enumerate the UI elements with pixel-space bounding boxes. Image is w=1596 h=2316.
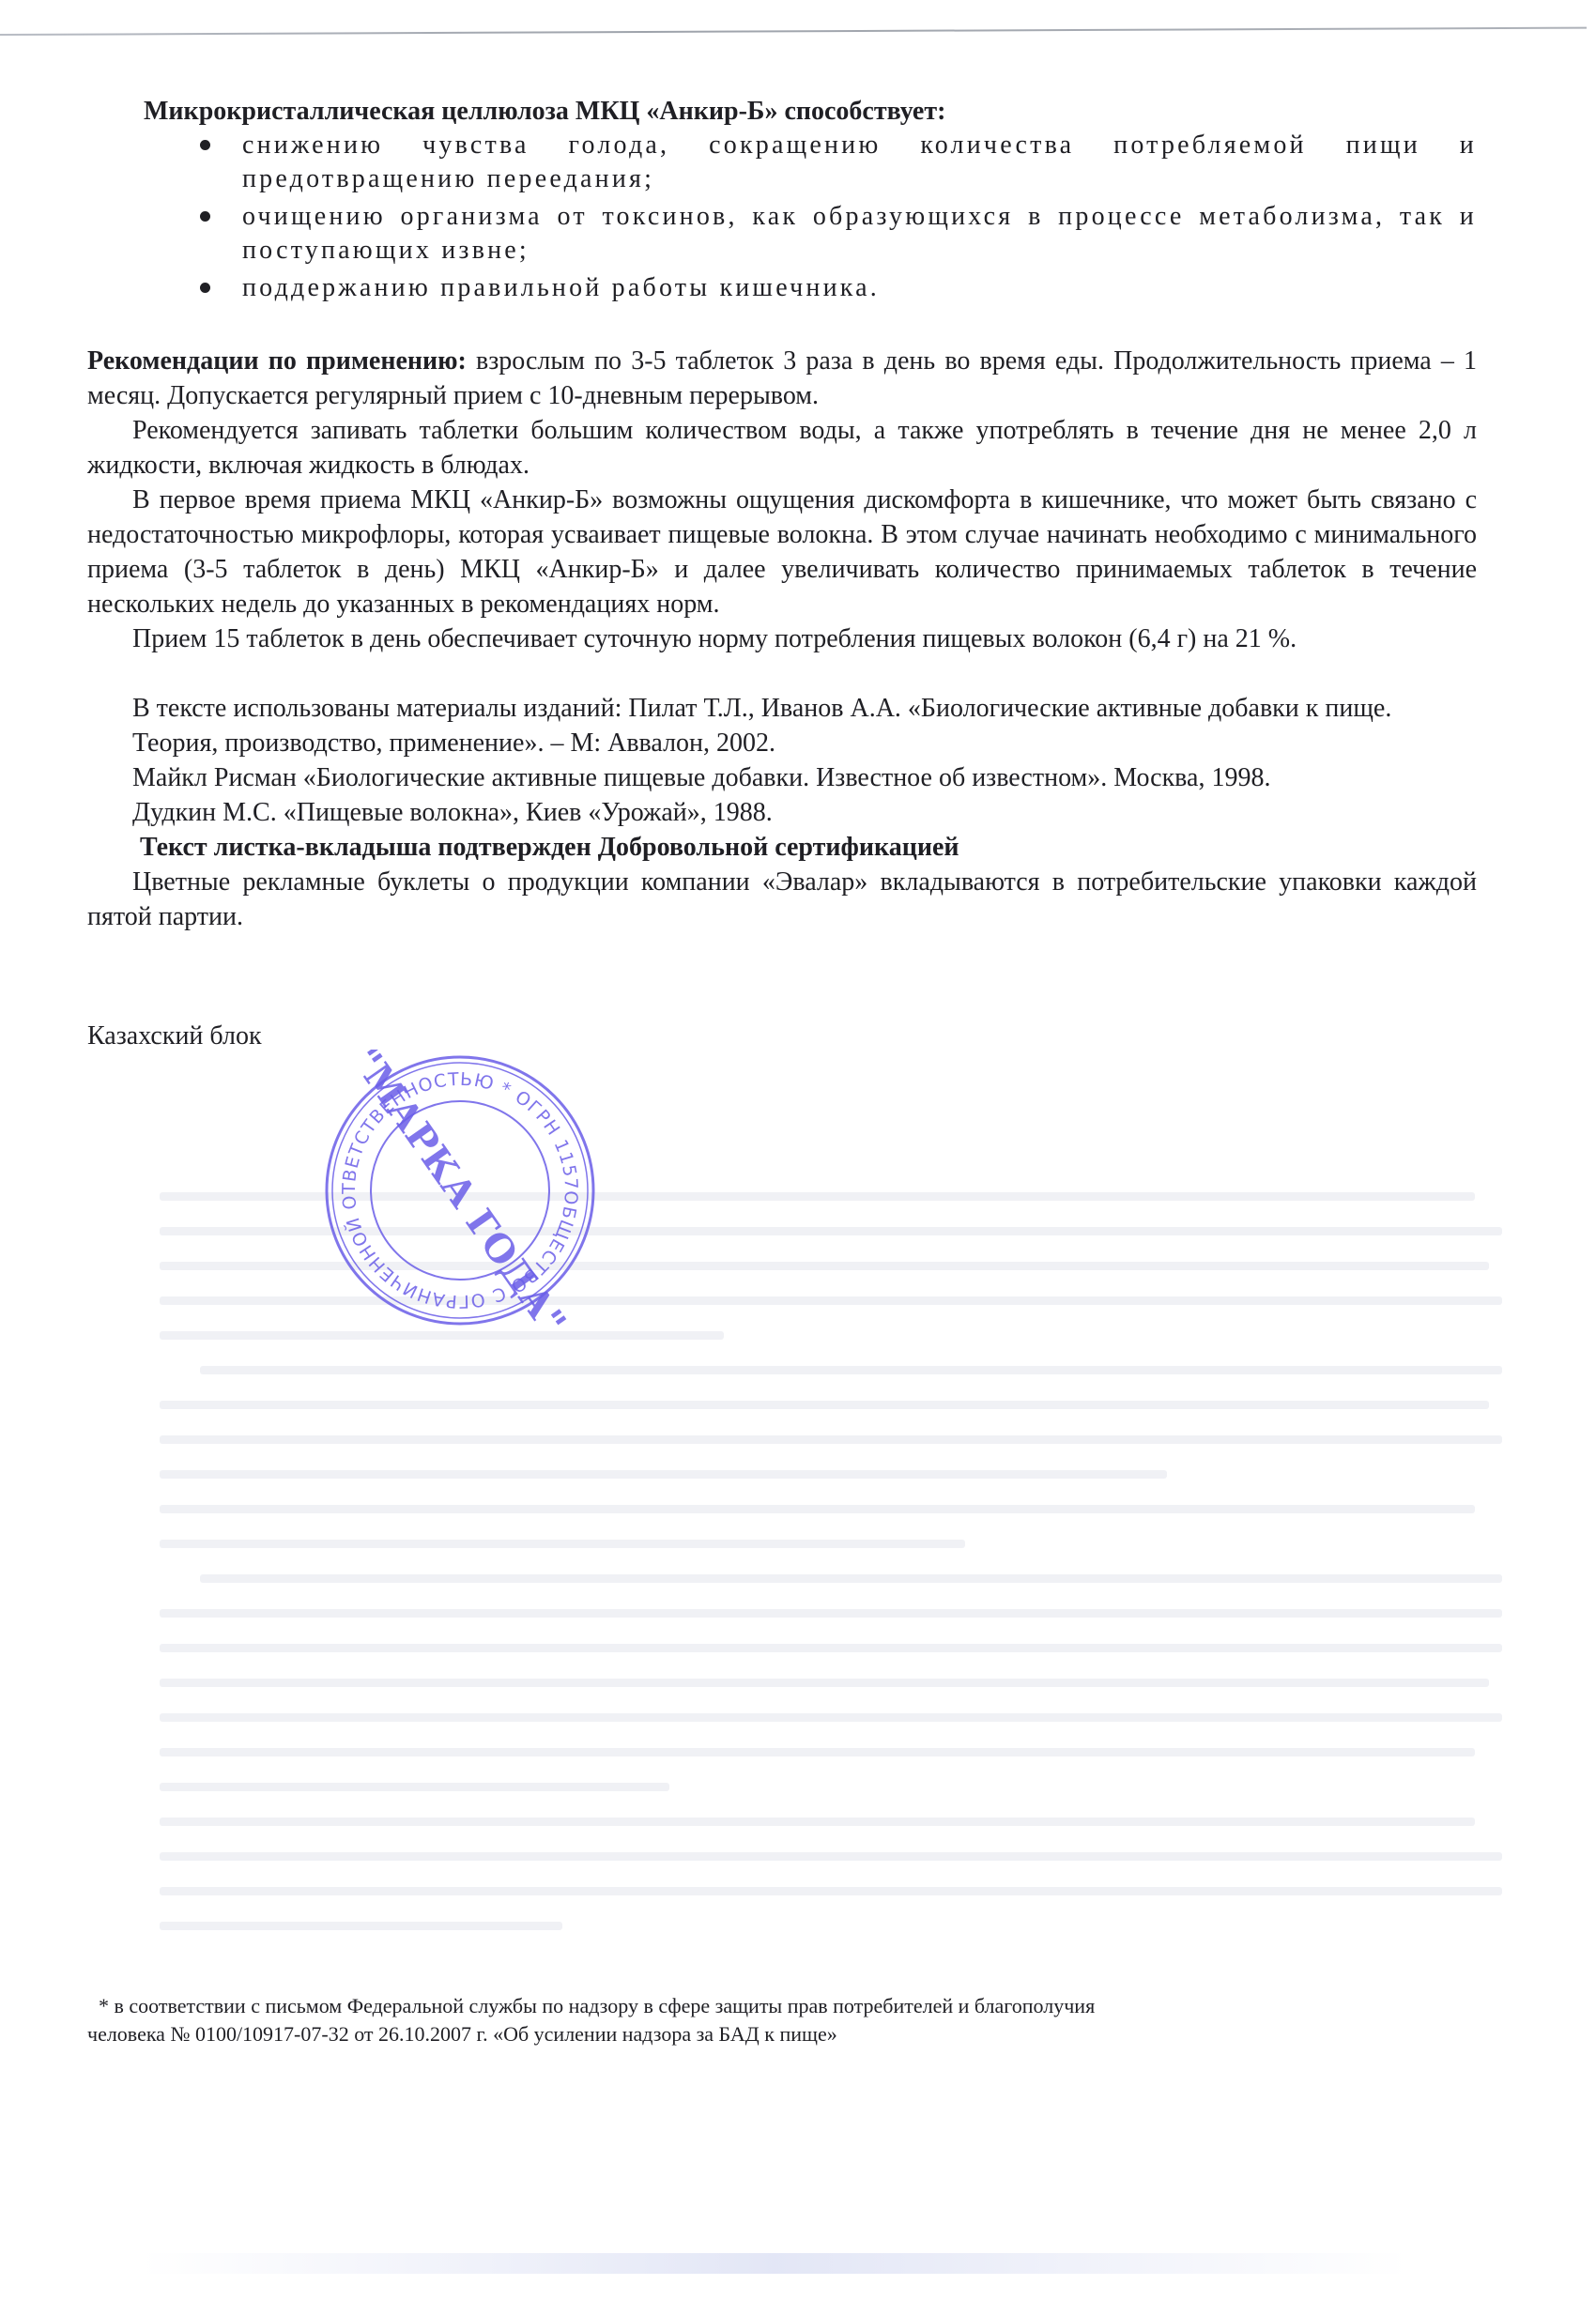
reference-item: В тексте использованы материалы изданий:…	[132, 691, 1477, 760]
paragraph-daily-norm: Прием 15 таблеток в день обеспечивает су…	[87, 621, 1477, 656]
bullet-icon	[200, 211, 210, 222]
paragraph-discomfort: В первое время приема МКЦ «Анкир-Б» возм…	[87, 483, 1477, 621]
footnote-line: человека № 0100/10917-07-32 от 26.10.200…	[87, 2020, 1505, 2048]
paragraph-water: Рекомендуется запивать таблетки большим …	[87, 413, 1477, 483]
booklets-note: Цветные рекламные буклеты о продукции ко…	[87, 865, 1477, 934]
kazakh-block-label: Казахский блок	[87, 1019, 1477, 1053]
scan-top-edge-line	[0, 27, 1587, 36]
bullet-icon	[200, 283, 210, 293]
benefits-list: снижению чувства голода, сокращению коли…	[87, 129, 1477, 305]
list-item: очищению организма от токсинов, как обра…	[200, 200, 1477, 268]
scan-bottom-shadow	[141, 2253, 1408, 2274]
footnote-line: * в соответствии с письмом Федеральной с…	[87, 1992, 1505, 2020]
list-item: снижению чувства голода, сокращению коли…	[200, 129, 1477, 196]
list-item: поддержанию правильной работы кишечника.	[200, 271, 1477, 305]
references: В тексте использованы материалы изданий:…	[132, 691, 1477, 830]
bullet-icon	[200, 140, 210, 150]
document-page: Микрокристаллическая целлюлоза МКЦ «Анки…	[87, 94, 1477, 1053]
certification-note: Текст листка-вкладыша подтвержден Добров…	[140, 830, 1477, 865]
company-seal-stamp: ОБЩЕСТВО С ОГРАНИЧЕННОЙ ОТВЕТСТВЕННОСТЬЮ…	[319, 1050, 601, 1331]
recommendations-label: Рекомендации по применению:	[87, 346, 467, 376]
recommendations-paragraph: Рекомендации по применению: взрослым по …	[87, 344, 1477, 413]
section-heading: Микрокристаллическая целлюлоза МКЦ «Анки…	[144, 94, 1477, 129]
footnote: * в соответствии с письмом Федеральной с…	[87, 1992, 1505, 2048]
reference-item: Майкл Рисман «Биологические активные пищ…	[132, 760, 1477, 795]
reference-item: Дудкин М.С. «Пищевые волокна», Киев «Уро…	[132, 795, 1477, 830]
